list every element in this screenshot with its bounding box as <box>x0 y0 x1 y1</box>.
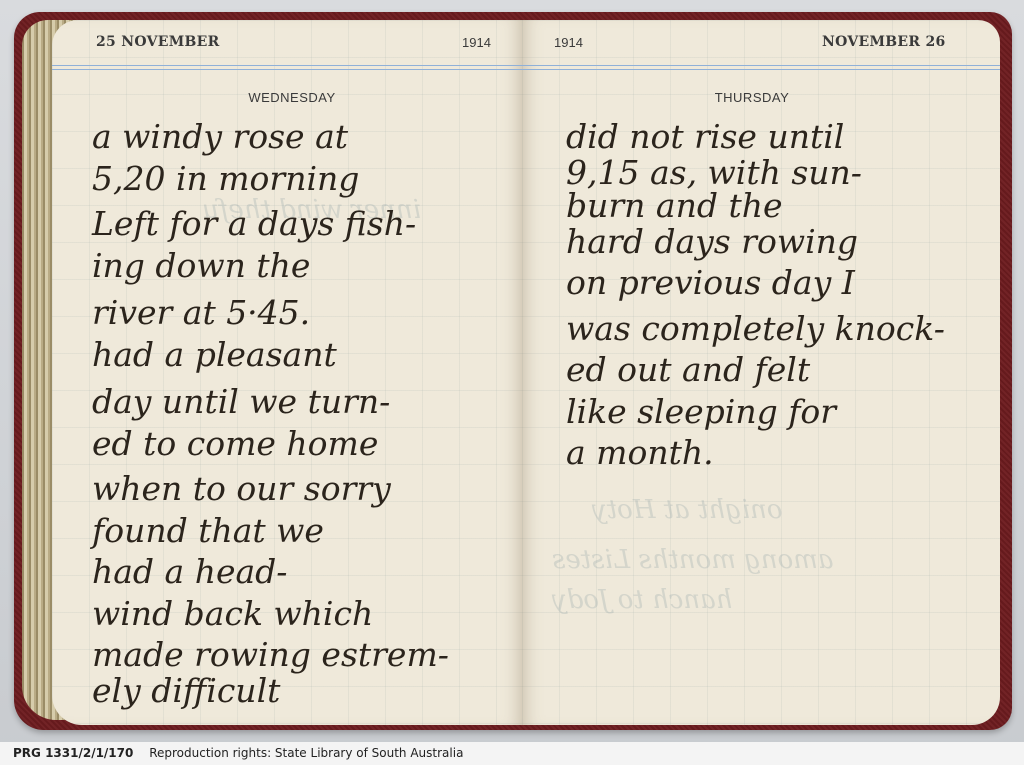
left-header-date: 25 NOVEMBER <box>96 34 220 50</box>
handwriting-line: Left for a days fish- <box>92 203 449 245</box>
handwriting-line: ing down the <box>92 245 449 287</box>
right-header-date: NOVEMBER 26 <box>822 34 946 50</box>
header-rule <box>52 65 522 70</box>
handwriting-line: a windy rose at <box>92 116 449 158</box>
handwriting-line: day until we turn- <box>92 381 449 423</box>
handwriting-line: 5,20 in morning <box>92 158 449 200</box>
right-day-name: THURSDAY <box>522 90 982 105</box>
left-handwriting: a windy rose at 5,20 in morning Left for… <box>92 116 449 711</box>
handwriting-line: a month. <box>566 432 945 474</box>
handwriting-line: ed to come home <box>92 423 449 465</box>
bleed-through-text: among months Listes <box>552 540 833 580</box>
left-header-year: 1914 <box>462 35 491 50</box>
bleed-through-text: onight at Hoty <box>592 490 783 530</box>
reference-id: PRG 1331/2/1/170 <box>13 746 133 760</box>
handwriting-line: hard days rowing <box>566 221 945 263</box>
diary-photo: 25 NOVEMBER 1914 WEDNESDAY inner wind th… <box>0 0 1024 742</box>
left-day-name: WEDNESDAY <box>52 90 522 105</box>
header-rule <box>522 65 1000 70</box>
right-header-year: 1914 <box>554 35 583 50</box>
handwriting-line: wind back which <box>92 593 449 635</box>
handwriting-line: like sleeping for <box>566 391 945 433</box>
handwriting-line: found that we <box>92 510 449 552</box>
handwriting-line: river at 5·45. <box>92 292 449 334</box>
handwriting-line: had a pleasant <box>92 334 449 376</box>
caption-bar: PRG 1331/2/1/170 Reproduction rights: St… <box>0 742 1024 765</box>
right-page: 1914 NOVEMBER 26 THURSDAY onight at Hoty… <box>522 20 1000 725</box>
handwriting-line: when to our sorry <box>92 468 449 510</box>
handwriting-line: had a head- <box>92 551 449 593</box>
bleed-through-text: hanch to Jody <box>552 580 732 620</box>
left-page: 25 NOVEMBER 1914 WEDNESDAY inner wind th… <box>52 20 522 725</box>
handwriting-line: on previous day I <box>566 262 945 304</box>
right-handwriting: did not rise until 9,15 as, with sun- bu… <box>566 116 945 474</box>
handwriting-line: ed out and felt <box>566 349 945 391</box>
handwriting-line: was completely knock- <box>566 308 945 350</box>
rights-text: Reproduction rights: State Library of So… <box>149 746 463 760</box>
